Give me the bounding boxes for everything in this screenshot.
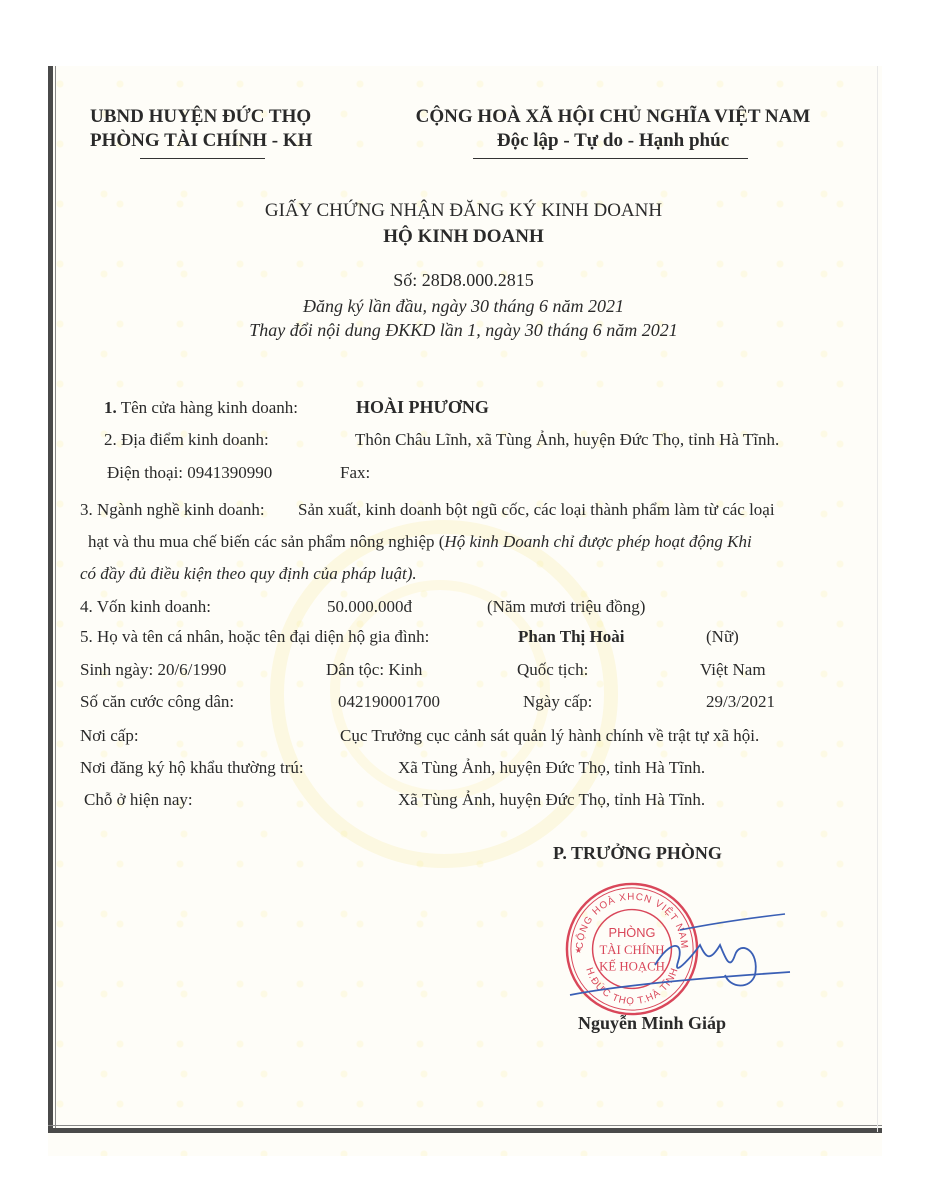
nationality-value: Việt Nam [700, 660, 766, 680]
issue-place-value: Cục Trưởng cục cảnh sát quản lý hành chí… [340, 726, 759, 746]
document-title: GIẤY CHỨNG NHẬN ĐĂNG KÝ KINH DOANH [0, 200, 927, 222]
current-address-label: Chỗ ở hiện nay: [84, 790, 193, 810]
frame-border-bottom-inner [48, 1125, 882, 1126]
signer-name: Nguyễn Minh Giáp [578, 1013, 726, 1034]
handwritten-signature-icon [560, 900, 800, 1010]
fax: Fax: [340, 463, 370, 483]
residence-label: Nơi đăng ký hộ khẩu thường trú: [80, 758, 304, 778]
amendment-date: Thay đổi nội dung ĐKKD lần 1, ngày 30 th… [0, 320, 927, 341]
id-value: 042190001700 [338, 692, 440, 712]
sector-label: 3. Ngành nghề kinh doanh: [80, 500, 265, 520]
national-header: CỘNG HOÀ XÃ HỘI CHỦ NGHĨA VIỆT NAM Độc l… [393, 105, 833, 153]
nationality-label: Quốc tịch: [517, 660, 588, 680]
capital-words: (Năm mươi triệu đồng) [487, 597, 645, 617]
document-subtitle: HỘ KINH DOANH [0, 226, 927, 248]
residence-value: Xã Tùng Ảnh, huyện Đức Thọ, tỉnh Hà Tĩnh… [398, 758, 705, 778]
national-motto: Độc lập - Tự do - Hạnh phúc [393, 129, 833, 153]
store-name-value: HOÀI PHƯƠNG [356, 397, 489, 418]
country-name: CỘNG HOÀ XÃ HỘI CHỦ NGHĨA VIỆT NAM [393, 105, 833, 129]
ethnicity: Dân tộc: Kinh [326, 660, 422, 680]
phone: Điện thoại: 0941390990 [107, 463, 272, 483]
issue-date-value: 29/3/2021 [706, 692, 775, 712]
signer-title: P. TRƯỞNG PHÒNG [553, 843, 722, 864]
date-of-birth: Sinh ngày: 20/6/1990 [80, 660, 226, 680]
issuing-authority: UBND HUYỆN ĐỨC THỌ PHÒNG TÀI CHÍNH - KH [90, 105, 312, 153]
authority-line2: PHÒNG TÀI CHÍNH - KH [90, 129, 312, 153]
issue-date-label: Ngày cấp: [523, 692, 592, 712]
capital-label: 4. Vốn kinh doanh: [80, 597, 211, 617]
location-label: 2. Địa điểm kinh doanh: [104, 430, 269, 450]
authority-underline [140, 158, 265, 159]
sector-line2: hạt và thu mua chế biến các sản phẩm nôn… [88, 532, 752, 552]
representative-label: 5. Họ và tên cá nhân, hoặc tên đại diện … [80, 627, 429, 647]
id-label: Số căn cước công dân: [80, 692, 234, 712]
certificate-number: Số: 28D8.000.2815 [0, 270, 927, 291]
first-registration-date: Đăng ký lần đầu, ngày 30 tháng 6 năm 202… [0, 296, 927, 317]
motto-underline [473, 158, 748, 159]
frame-border-bottom [48, 1128, 882, 1133]
sector-line1: Sản xuất, kinh doanh bột ngũ cốc, các lo… [298, 500, 775, 520]
capital-value: 50.000.000đ [327, 597, 412, 617]
representative-gender: (Nữ) [706, 627, 739, 647]
sector-line3: có đầy đủ điều kiện theo quy định của ph… [80, 564, 417, 584]
authority-line1: UBND HUYỆN ĐỨC THỌ [90, 105, 312, 129]
store-name-label: 1. Tên cửa hàng kinh doanh: [104, 398, 298, 418]
issue-place-label: Nơi cấp: [80, 726, 139, 746]
location-value: Thôn Châu Lĩnh, xã Tùng Ảnh, huyện Đức T… [355, 430, 779, 450]
representative-name: Phan Thị Hoài [518, 627, 624, 647]
current-address-value: Xã Tùng Ảnh, huyện Đức Thọ, tỉnh Hà Tĩnh… [398, 790, 705, 810]
